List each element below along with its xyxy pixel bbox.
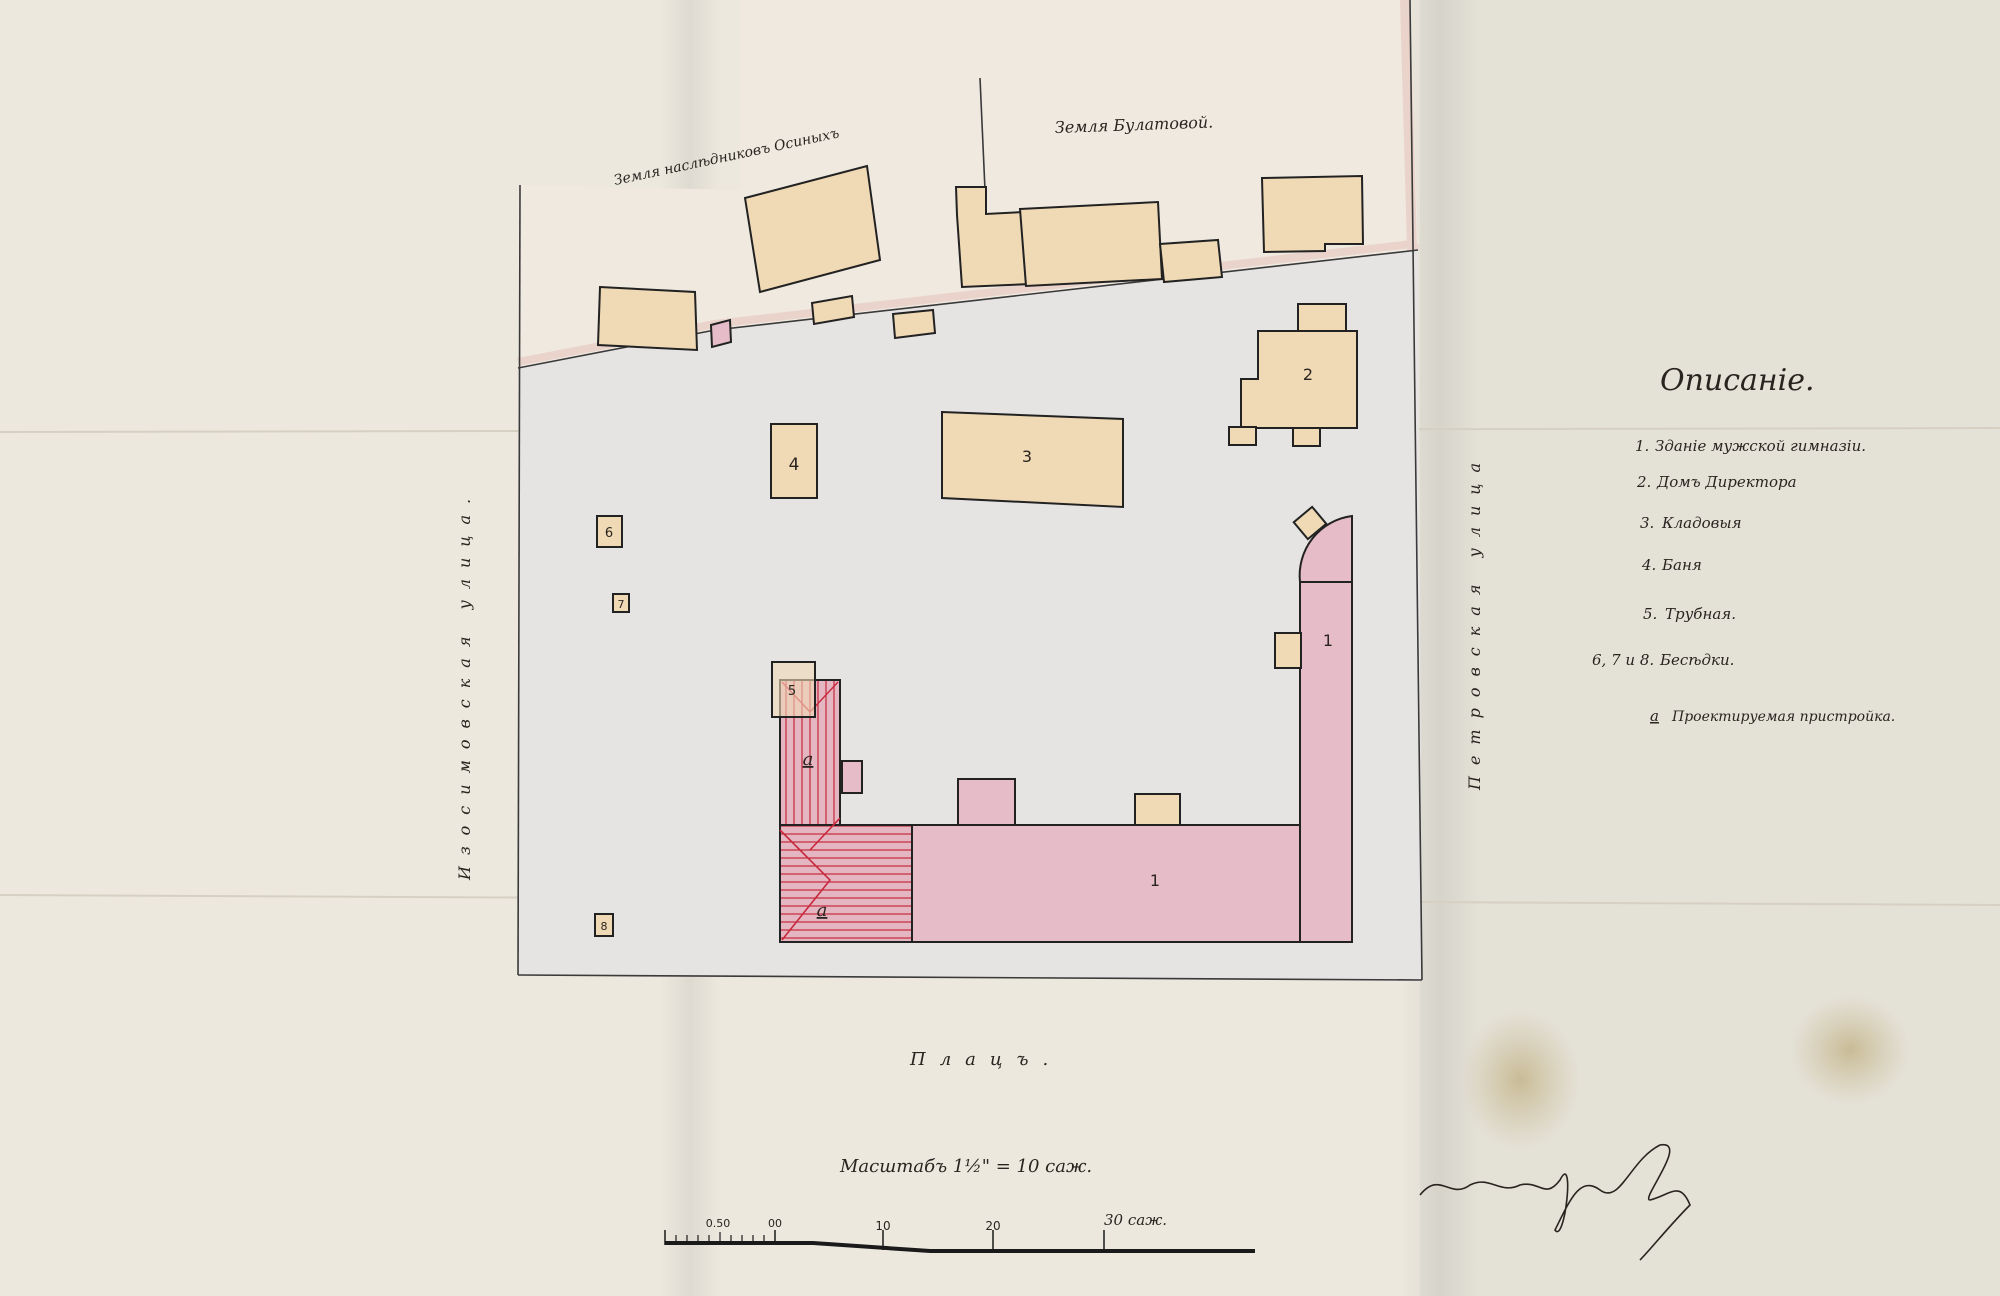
- annex-a-corner[interactable]: [780, 825, 912, 942]
- building-4-label: 4: [789, 455, 800, 475]
- legend-item: 2. Домъ Директора: [1636, 473, 1797, 491]
- signature-text: Инженеръ-Архитекторъ: [1429, 1198, 1623, 1214]
- building-1-wing-label: 1: [1323, 631, 1333, 650]
- street-label-left: Изосимовская улица.: [455, 488, 474, 881]
- neighbor-building-bulatova-2[interactable]: [1020, 202, 1162, 286]
- neighbor-shed-2[interactable]: [893, 310, 935, 338]
- building-3-label: 3: [1022, 447, 1032, 466]
- legend-item: 4. Баня: [1641, 556, 1702, 574]
- annex-side-porch[interactable]: [842, 761, 862, 793]
- legend-item-2-text: Домъ Директора: [1656, 473, 1797, 491]
- legend-item-5-text: Трубная.: [1665, 605, 1736, 623]
- building-2-directors-house[interactable]: [1241, 331, 1357, 428]
- legend-item-1-text: Зданіе мужской гимназіи.: [1655, 437, 1866, 455]
- gazebo-8-label: 8: [601, 920, 608, 933]
- building-5-label: 5: [788, 684, 796, 699]
- legend-item-4-text: Баня: [1661, 556, 1702, 574]
- neighbor-shed-pink[interactable]: [711, 320, 731, 347]
- site-plan-sheet: 2 3 4 6 7 8 1 1 a a 5 Земля наслѣдниковъ…: [0, 0, 2000, 1296]
- building-1-porch[interactable]: [1275, 633, 1301, 668]
- legend-item: a Проектируемая пристройка.: [1650, 707, 1895, 725]
- scale-caption: Масштабъ 1½" = 10 саж.: [839, 1156, 1092, 1177]
- legend-item-5-num: 5.: [1643, 605, 1657, 623]
- legend-item-1-num: 1.: [1635, 437, 1649, 455]
- street-label-bottom: Плацъ.: [909, 1049, 1062, 1070]
- scale-tick-050: 0.50: [706, 1217, 731, 1230]
- legend-item-3-text: Кладовыя: [1661, 514, 1742, 532]
- street-label-right: Петровская улица: [1465, 452, 1484, 791]
- neighbor-building-bulatova-4[interactable]: [1262, 176, 1363, 252]
- legend-item: 1. Зданіе мужской гимназіи.: [1635, 437, 1866, 455]
- legend-item-a-text: Проектируемая пристройка.: [1671, 709, 1895, 725]
- annex-a-label-2: a: [817, 900, 828, 921]
- building-2-porch-right[interactable]: [1293, 428, 1320, 446]
- building-2-porch-top[interactable]: [1298, 304, 1346, 331]
- water-stain-2: [1790, 995, 1910, 1105]
- scale-tick-20: 20: [985, 1219, 1000, 1233]
- building-1-main-wing[interactable]: [911, 825, 1311, 942]
- building-3-storerooms[interactable]: [942, 412, 1123, 507]
- neighbor-building-bulatova-3[interactable]: [1160, 240, 1222, 282]
- scale-tick-30: 30 саж.: [1104, 1211, 1167, 1229]
- scale-tick-00: 00: [768, 1217, 782, 1230]
- legend-item: 6, 7 и 8. Бесѣдки.: [1592, 651, 1734, 669]
- building-1-main-label: 1: [1150, 871, 1160, 890]
- gazebo-7-label: 7: [618, 598, 625, 611]
- neighbor-building[interactable]: [598, 287, 697, 350]
- legend-title: Описаніе.: [1660, 363, 1815, 398]
- legend-item: 5. Трубная.: [1643, 605, 1736, 623]
- scale-tick-10: 10: [875, 1219, 890, 1233]
- building-2-label: 2: [1303, 365, 1313, 384]
- legend-item-a-num: a: [1650, 707, 1659, 725]
- building-1-porch-south-2[interactable]: [1135, 794, 1180, 825]
- legend-item-6-text: Бесѣдки.: [1659, 651, 1734, 669]
- water-stain: [1460, 1010, 1580, 1150]
- gazebo-6-label: 6: [605, 526, 613, 541]
- building-1-porch-south-1[interactable]: [958, 779, 1015, 825]
- building-2-porch-left[interactable]: [1229, 427, 1256, 445]
- legend-item-4-num: 4.: [1641, 556, 1656, 574]
- legend-item-3-num: 3.: [1640, 514, 1654, 532]
- annex-a-label-1: a: [803, 749, 814, 770]
- legend-item-6-num: 6, 7 и 8.: [1592, 651, 1654, 669]
- legend-item-2-num: 2.: [1636, 473, 1651, 491]
